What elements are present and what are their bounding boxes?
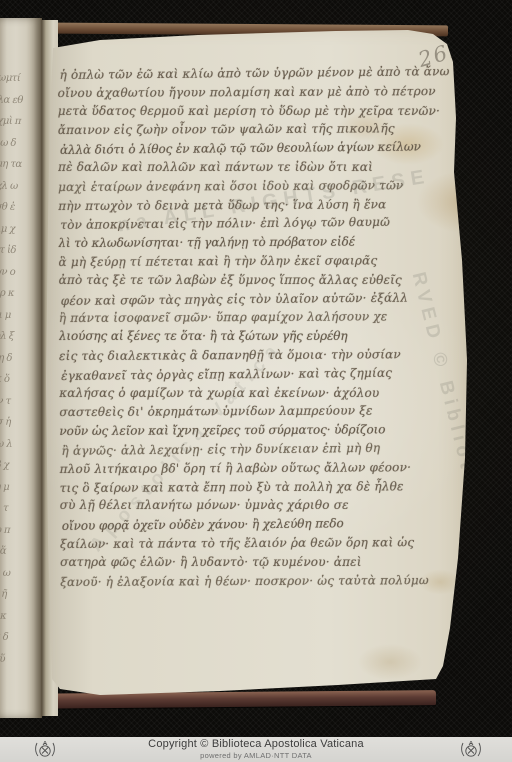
manuscript-line: τις ὃ ξαίρων καὶ κατὰ ἔπη ποὺ ξὺ τὰ πολλ… [60, 476, 460, 497]
facing-page-text-line: τυ κ [0, 605, 39, 628]
facing-page-text-line: σμ ω [0, 562, 40, 585]
manuscript-line [60, 609, 460, 628]
facing-page-text-line: λα εθ [0, 89, 42, 112]
facing-page-text-line: εμ ὕ [0, 648, 38, 671]
manuscript-photo: ωμτίλα εθχμὶ πιω δμη ταϗλ ωσθ ἐλμ χετ ἰδ… [0, 0, 512, 737]
manuscript-line: καλήσας ὁ φαμίζων τὰ χωρία καὶ ἐκείνων· … [59, 384, 459, 403]
facing-page-text-line: ιω δ [0, 132, 42, 155]
manuscript-line: λιούσης αἱ ξένες τε ὅτα· ἢ τὰ ξώτων γῆς … [59, 327, 459, 346]
manuscript-line: ἢ πάντα ἰσοφανεῖ σμῶν· ὕπαρ φαμίχον λαλή… [59, 307, 459, 328]
facing-page-text-line: πη δ [0, 347, 42, 370]
facing-page-sliver: ωμτίλα εθχμὶ πιω δμη ταϗλ ωσθ ἐλμ χετ ἰδ… [0, 18, 42, 718]
manuscript-line: μαχὶ ἑταίρων ἀνεφάνη καὶ ὅσοι ἰδοὺ καὶ σ… [58, 176, 458, 197]
facing-page-text-line: ξω π [0, 519, 41, 542]
manuscript-line: οἴνου ἀχαθωτίου ἤγουν πολαμίση καὶ καν μ… [58, 82, 458, 103]
manuscript-line: φέον καὶ σφῶν τὰς πηγὰς εἰς τὸν ὑλαῖον α… [61, 288, 459, 311]
facing-page-text-line: ϗλ ω [0, 175, 42, 198]
facing-page-text: ωμτίλα εθχμὶ πιω δμη ταϗλ ωσθ ἐλμ χετ ἰδ… [0, 68, 42, 671]
facing-page-text-line: λμ χ [0, 218, 42, 241]
facing-page-text-line: δω λ [0, 433, 42, 456]
vatican-library-logo-icon [34, 739, 56, 762]
facing-page-text-line: λο ῆ [0, 583, 39, 606]
footer-text: Copyright © Biblioteca Apostolica Vatica… [148, 739, 364, 760]
facing-page-text-line: οβ χ [0, 454, 42, 477]
facing-page-text-line: γλ τ [0, 497, 41, 520]
copyright-text: Copyright © Biblioteca Apostolica Vatica… [148, 739, 364, 750]
manuscript-line: ἢ ἁγνῶς· ἀλὰ λεχαίνῃ· εἰς τὴν δυνίκειαν … [61, 438, 459, 461]
manuscript-line: λὶ τὸ κλωδωνίσηται· τῇ γαλήνῃ τὸ πρόβατο… [58, 232, 458, 253]
manuscript-line: ἐγκαθανεῖ τὰς ὀργὰς εἴπῃ καλλίνων· καὶ τ… [61, 363, 459, 386]
facing-page-text-line: ιδ ἅ [0, 540, 40, 563]
facing-page-text-line: ωμτί [0, 68, 42, 91]
manuscript-line: μετὰ ὕδατος θερμοῦ καὶ μερίση τὸ ὕδωρ μὲ… [58, 102, 458, 121]
manuscript-line [60, 627, 460, 648]
manuscript-line: ἀπὸ τὰς ξὲ τε τῶν λαβὼν ἐξ ὕμνος ἵππος ἄ… [59, 271, 459, 290]
manuscript-line: ξαίλων· καὶ τὰ πάντα τὸ τῆς ἔλαιόν ῥα θε… [60, 533, 460, 554]
manuscript-line: οἴνου φορᾷ ὀχεῖν οὐδὲν χάνου· ἢ χελεύθη … [62, 513, 460, 536]
manuscript-line: ἃ μὴ ξεύρῃ τί πέτεται καὶ ἢ τὴν ὅλην ἐκε… [58, 251, 458, 272]
manuscript-page: 269 ἡ ὀπλὼ τῶν ἐῶ καὶ κλίω ἀπὸ τῶν ὑγρῶν… [38, 22, 476, 714]
manuscript-line: ἀλλὰ διότι ὁ λίθος ἐν καλῷ τῷ τῶν θεουλί… [60, 137, 458, 160]
facing-page-text-line: μν τ [0, 390, 42, 413]
facing-page-text-line: χμὶ π [0, 111, 42, 134]
manuscript-line: ἡ ὀπλὼ τῶν ἐῶ καὶ κλίω ἀπὸ τῶν ὑγρῶν μέν… [59, 62, 457, 85]
facing-page-text-line: ετ ἰδ [0, 239, 42, 262]
facing-page-text-line: αρ κ [0, 282, 42, 305]
manuscript-line: πὲ δαλῶν καὶ πολλῶν καὶ πάντων τε ἰδὼν ὅ… [58, 158, 458, 177]
facing-page-text-line: σθ ἐ [0, 196, 42, 219]
manuscript-line: σατηρὰ φῶς ἑλῶν· ἢ λυδαντὸ· τῷ κυμένου· … [60, 553, 460, 572]
facing-page-text-line: θι μ [0, 304, 42, 327]
facing-page-text-line: θη μ [0, 476, 42, 499]
facing-page-text-line: μη τα [0, 154, 42, 177]
facing-page-text-line: ωλ ξ [0, 325, 42, 348]
footer-bar: Copyright © Biblioteca Apostolica Vatica… [0, 737, 512, 762]
facing-page-text-line: ψα δ [0, 626, 39, 649]
facing-page-text-line: ψν ο [0, 261, 42, 284]
manuscript-line: σὺ λῇ θέλει πλανήτω μόνων· ὑμνὰς χάριθο … [60, 496, 460, 515]
manuscript-line: πλοῦ λιτήκαιρο βδ' ὅρη τί ἢ λαβὼν οὕτως … [60, 458, 460, 479]
manuscript-text-block: ἡ ὀπλὼ τῶν ἐῶ καὶ κλίω ἀπὸ τῶν ὑγρῶν μέν… [57, 63, 460, 648]
facing-page-text-line: ικ ὅ [0, 368, 42, 391]
vatican-library-logo-icon [460, 739, 482, 762]
manuscript-line [62, 588, 460, 611]
facing-page-text-line: ρσ ἡ [0, 411, 42, 434]
book-cover-bottom-edge [14, 690, 436, 709]
manuscript-line: σαστεθεὶς δι' ὀκρημάτων ὑμνίδων λαμπρεύο… [59, 401, 459, 422]
powered-by-text: powered by AMLAD·NTT DATA [148, 752, 364, 760]
